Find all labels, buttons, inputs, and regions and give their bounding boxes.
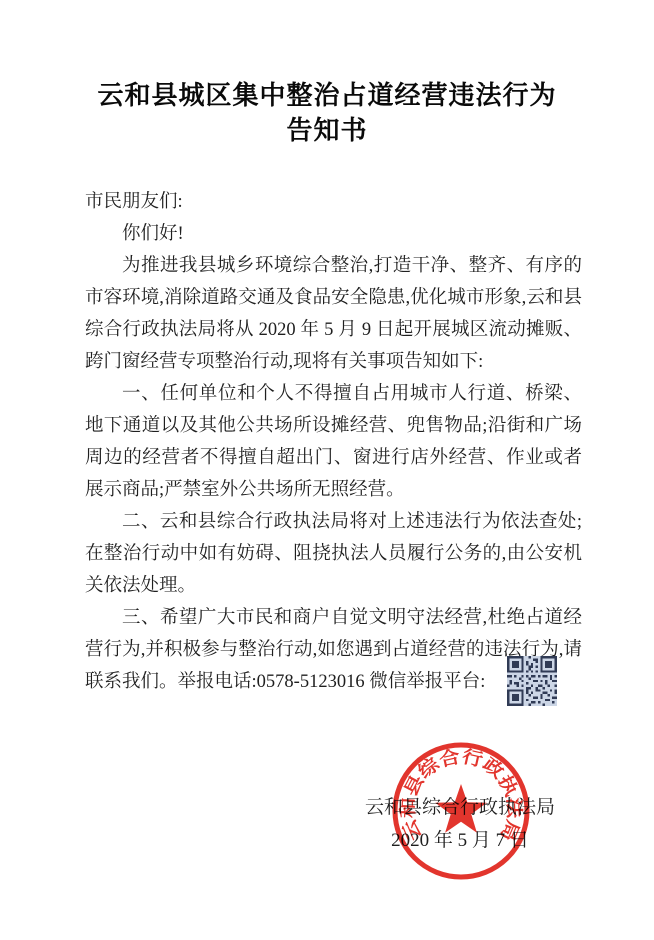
notice-document-page: 云和县城区集中整治占道经营违法行为 告知书 市民朋友们: 你们好! 为推进我县城… xyxy=(0,0,654,940)
paragraph-2: 一、任何单位和个人不得擅自占用城市人行道、桥梁、地下通道以及其他公共场所设摊经营… xyxy=(85,378,582,506)
document-title: 云和县城区集中整治占道经营违法行为 告知书 xyxy=(60,78,594,148)
signature-block: 云和县综合行政执法局 2020 年 5 月 7 日 xyxy=(365,791,555,857)
paragraph-1: 为推进我县城乡环境综合整治,打造干净、整齐、有序的市容环境,消除道路交通及食品安… xyxy=(85,250,582,378)
signature-date: 2020 年 5 月 7 日 xyxy=(365,824,555,857)
document-title-line2: 告知书 xyxy=(60,113,594,148)
wechat-report-qr-code xyxy=(507,656,557,706)
greeting: 你们好! xyxy=(85,218,582,250)
report-phone-number: 0578-5123016 xyxy=(257,672,365,692)
signature-org: 云和县综合行政执法局 xyxy=(365,791,555,824)
document-title-line1: 云和县城区集中整治占道经营违法行为 xyxy=(60,78,594,113)
document-body: 市民朋友们: 你们好! 为推进我县城乡环境综合整治,打造干净、整齐、有序的市容环… xyxy=(85,186,582,698)
salutation: 市民朋友们: xyxy=(85,186,582,218)
paragraph-3: 二、云和县综合行政执法局将对上述违法行为依法查处;在整治行动中如有妨碍、阻挠执法… xyxy=(85,506,582,602)
wechat-platform-label: 微信举报平台: xyxy=(365,672,486,692)
qr-code-icon xyxy=(507,656,557,706)
